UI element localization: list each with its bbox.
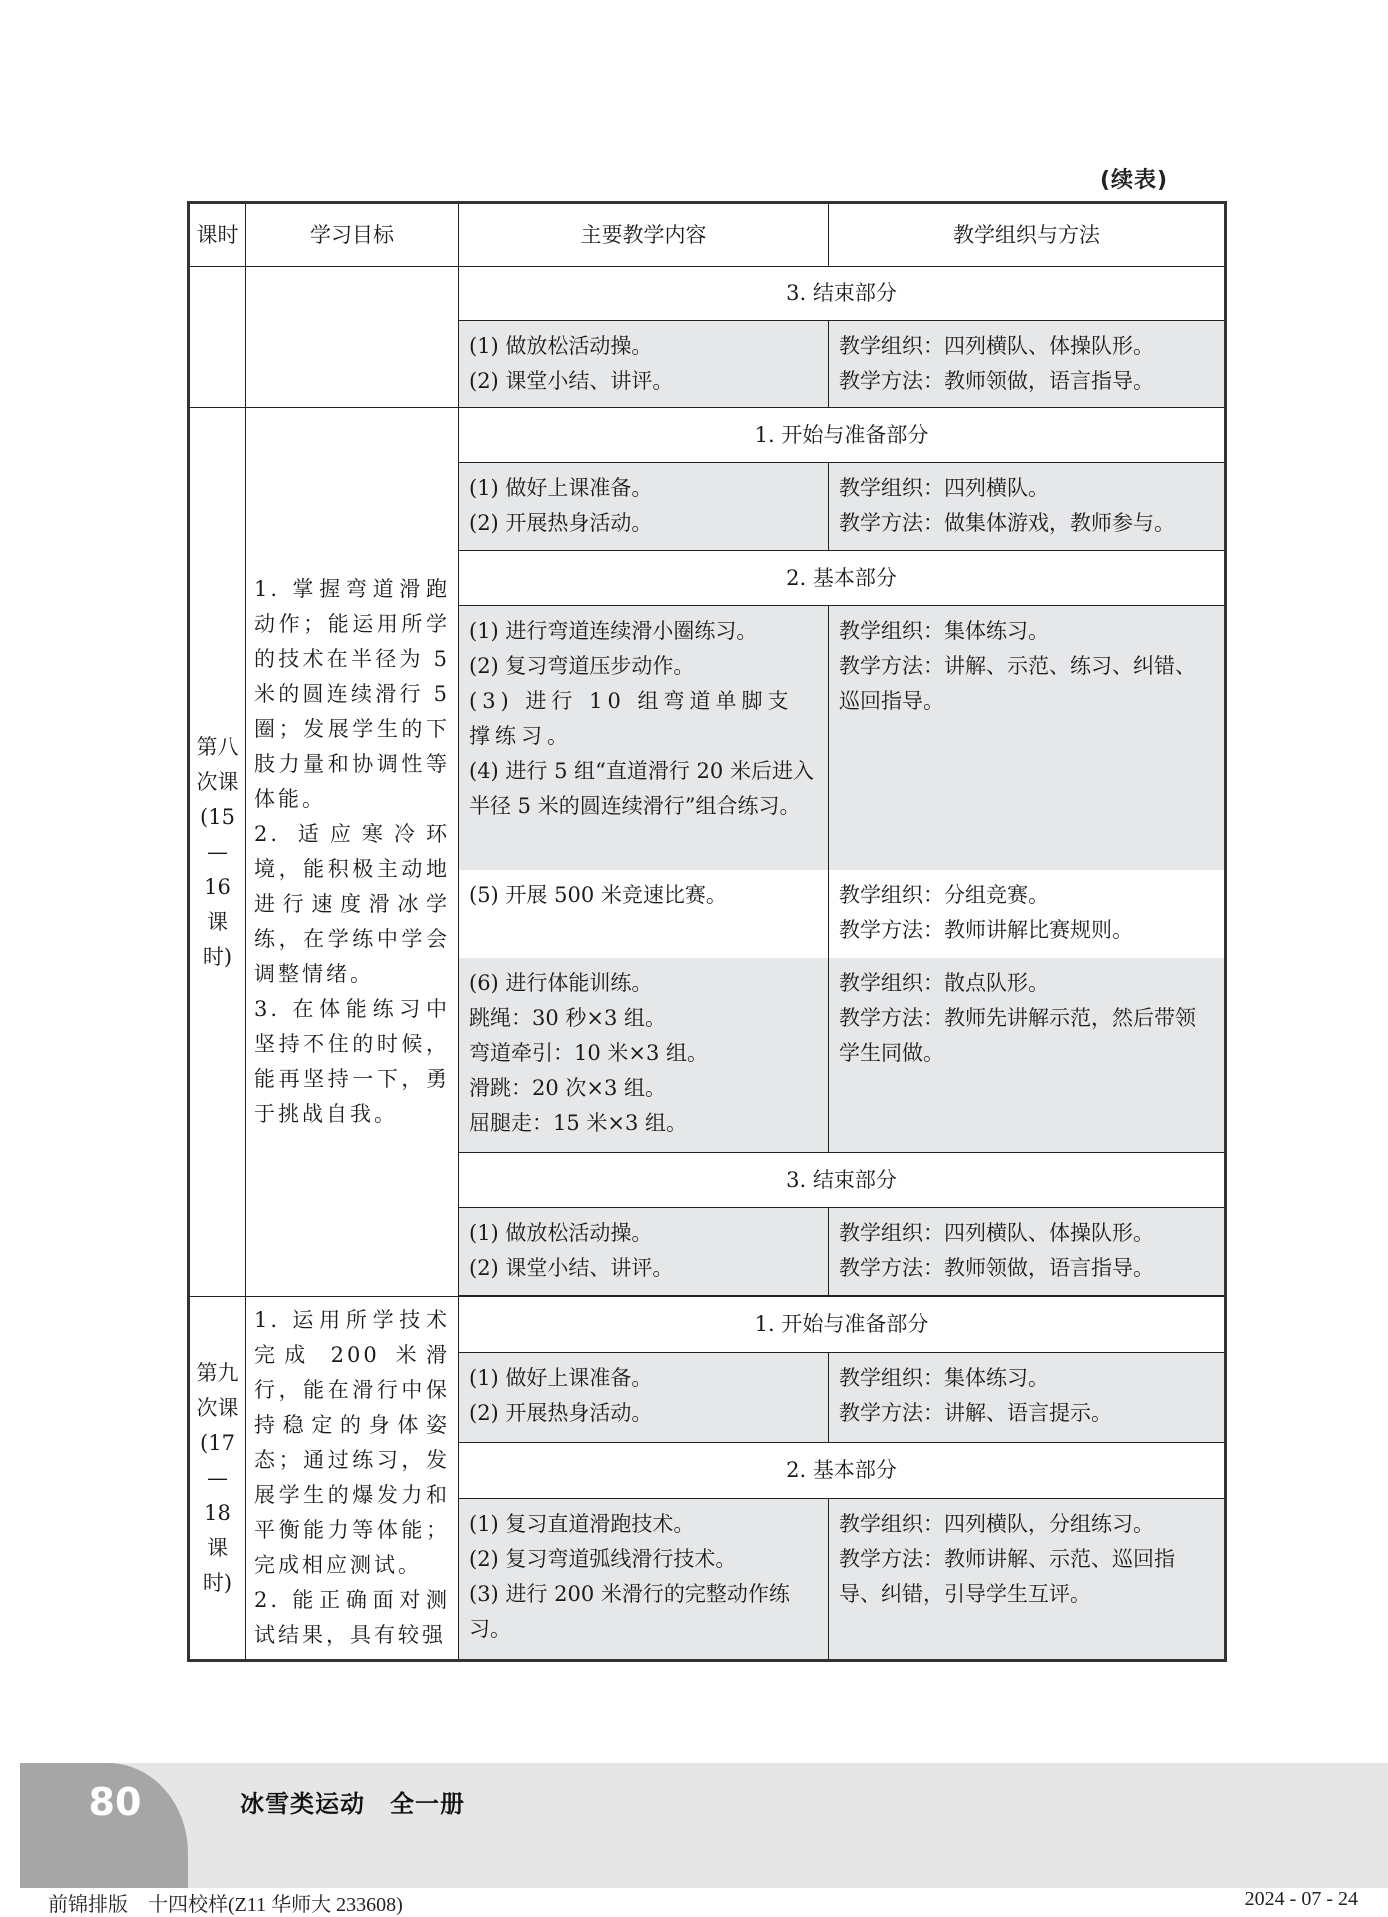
method-cell: 教学组织：四列横队，分组练习。 教学方法：教师讲解、示范、巡回指导、纠错，引导学… xyxy=(829,1499,1226,1661)
header-period: 课时 xyxy=(189,203,246,267)
section-row: 3. 结束部分 xyxy=(189,267,1226,321)
method-cell: 教学组织：四列横队、体操队形。 教学方法：教师领做，语言指导。 xyxy=(829,1208,1226,1296)
content-cell: (1) 做好上课准备。 (2) 开展热身活动。 xyxy=(459,1353,829,1443)
section-row: 第八 次课 (15— 16 课 时) 1. 掌握弯道滑跑动作；能运用所学的技术在… xyxy=(189,408,1226,463)
lesson8-goals: 1. 掌握弯道滑跑动作；能运用所学的技术在半径为 5 米的圆连续滑行 5 圈；发… xyxy=(246,408,459,1297)
method-cell: 教学组织：四列横队、体操队形。 教学方法：教师领做，语言指导。 xyxy=(829,321,1226,408)
content-cell: (1) 做放松活动操。 (2) 课堂小结、讲评。 xyxy=(459,321,829,408)
page-number: 80 xyxy=(20,1780,210,1824)
content-cell: (1) 做好上课准备。 (2) 开展热身活动。 xyxy=(459,463,829,551)
header-method: 教学组织与方法 xyxy=(829,203,1226,267)
method-cell: 教学组织：四列横队。 教学方法：做集体游戏，教师参与。 xyxy=(829,463,1226,551)
content-cell: (1) 复习直道滑跑技术。 (2) 复习弯道弧线滑行技术。 (3) 进行 200… xyxy=(459,1499,829,1661)
section-title: 3. 结束部分 xyxy=(459,1153,1226,1208)
print-date: 2024 - 07 - 24 xyxy=(1245,1888,1358,1911)
section-title: 3. 结束部分 xyxy=(459,267,1226,321)
footer-bar xyxy=(20,1763,1388,1888)
section-title: 2. 基本部分 xyxy=(459,551,1226,606)
content-cell: (1) 做放松活动操。 (2) 课堂小结、讲评。 xyxy=(459,1208,829,1296)
method-cell: 教学组织：散点队形。 教学方法：教师先讲解示范，然后带领学生同做。 xyxy=(829,958,1226,1153)
book-title: 冰雪类运动 全一册 xyxy=(240,1784,465,1819)
lesson8-period: 第八 次课 (15— 16 课 时) xyxy=(189,408,246,1297)
section-row: 第九 次课 (17— 18 课 时) 1. 运用所学技术完成 200 米滑行，能… xyxy=(189,1297,1226,1353)
method-cell: 教学组织：集体练习。 教学方法：讲解、语言提示。 xyxy=(829,1353,1226,1443)
method-cell: 教学组织：集体练习。 教学方法：讲解、示范、练习、纠错、巡回指导。 xyxy=(829,606,1226,870)
header-goals: 学习目标 xyxy=(246,203,459,267)
table-header-row: 课时 学习目标 主要教学内容 教学组织与方法 xyxy=(189,203,1226,267)
lesson9-period: 第九 次课 (17— 18 课 时) xyxy=(189,1297,246,1661)
print-info-left: 前锦排版 十四校样(Z11 华师大 233608) xyxy=(48,1888,403,1917)
lesson9-goals: 1. 运用所学技术完成 200 米滑行，能在滑行中保持稳定的身体姿态；通过练习，… xyxy=(246,1297,459,1661)
continued-label: (续表) xyxy=(1100,163,1180,194)
content-cell: (6) 进行体能训练。 跳绳：30 秒×3 组。 弯道牵引：10 米×3 组。 … xyxy=(459,958,829,1153)
section-title: 1. 开始与准备部分 xyxy=(459,408,1226,463)
header-content: 主要教学内容 xyxy=(459,203,829,267)
section-title: 2. 基本部分 xyxy=(459,1443,1226,1499)
content-cell: (5) 开展 500 米竞速比赛。 xyxy=(459,870,829,958)
section-title: 1. 开始与准备部分 xyxy=(459,1297,1226,1353)
lesson-plan-table: 课时 学习目标 主要教学内容 教学组织与方法 3. 结束部分 (1) 做放松活动… xyxy=(187,201,1227,1662)
period-cell-empty xyxy=(189,267,246,408)
method-cell: 教学组织：分组竞赛。 教学方法：教师讲解比赛规则。 xyxy=(829,870,1226,958)
content-cell: (1) 进行弯道连续滑小圈练习。 (2) 复习弯道压步动作。 (3) 进行 10… xyxy=(459,606,829,870)
goals-cell-empty xyxy=(246,267,459,408)
